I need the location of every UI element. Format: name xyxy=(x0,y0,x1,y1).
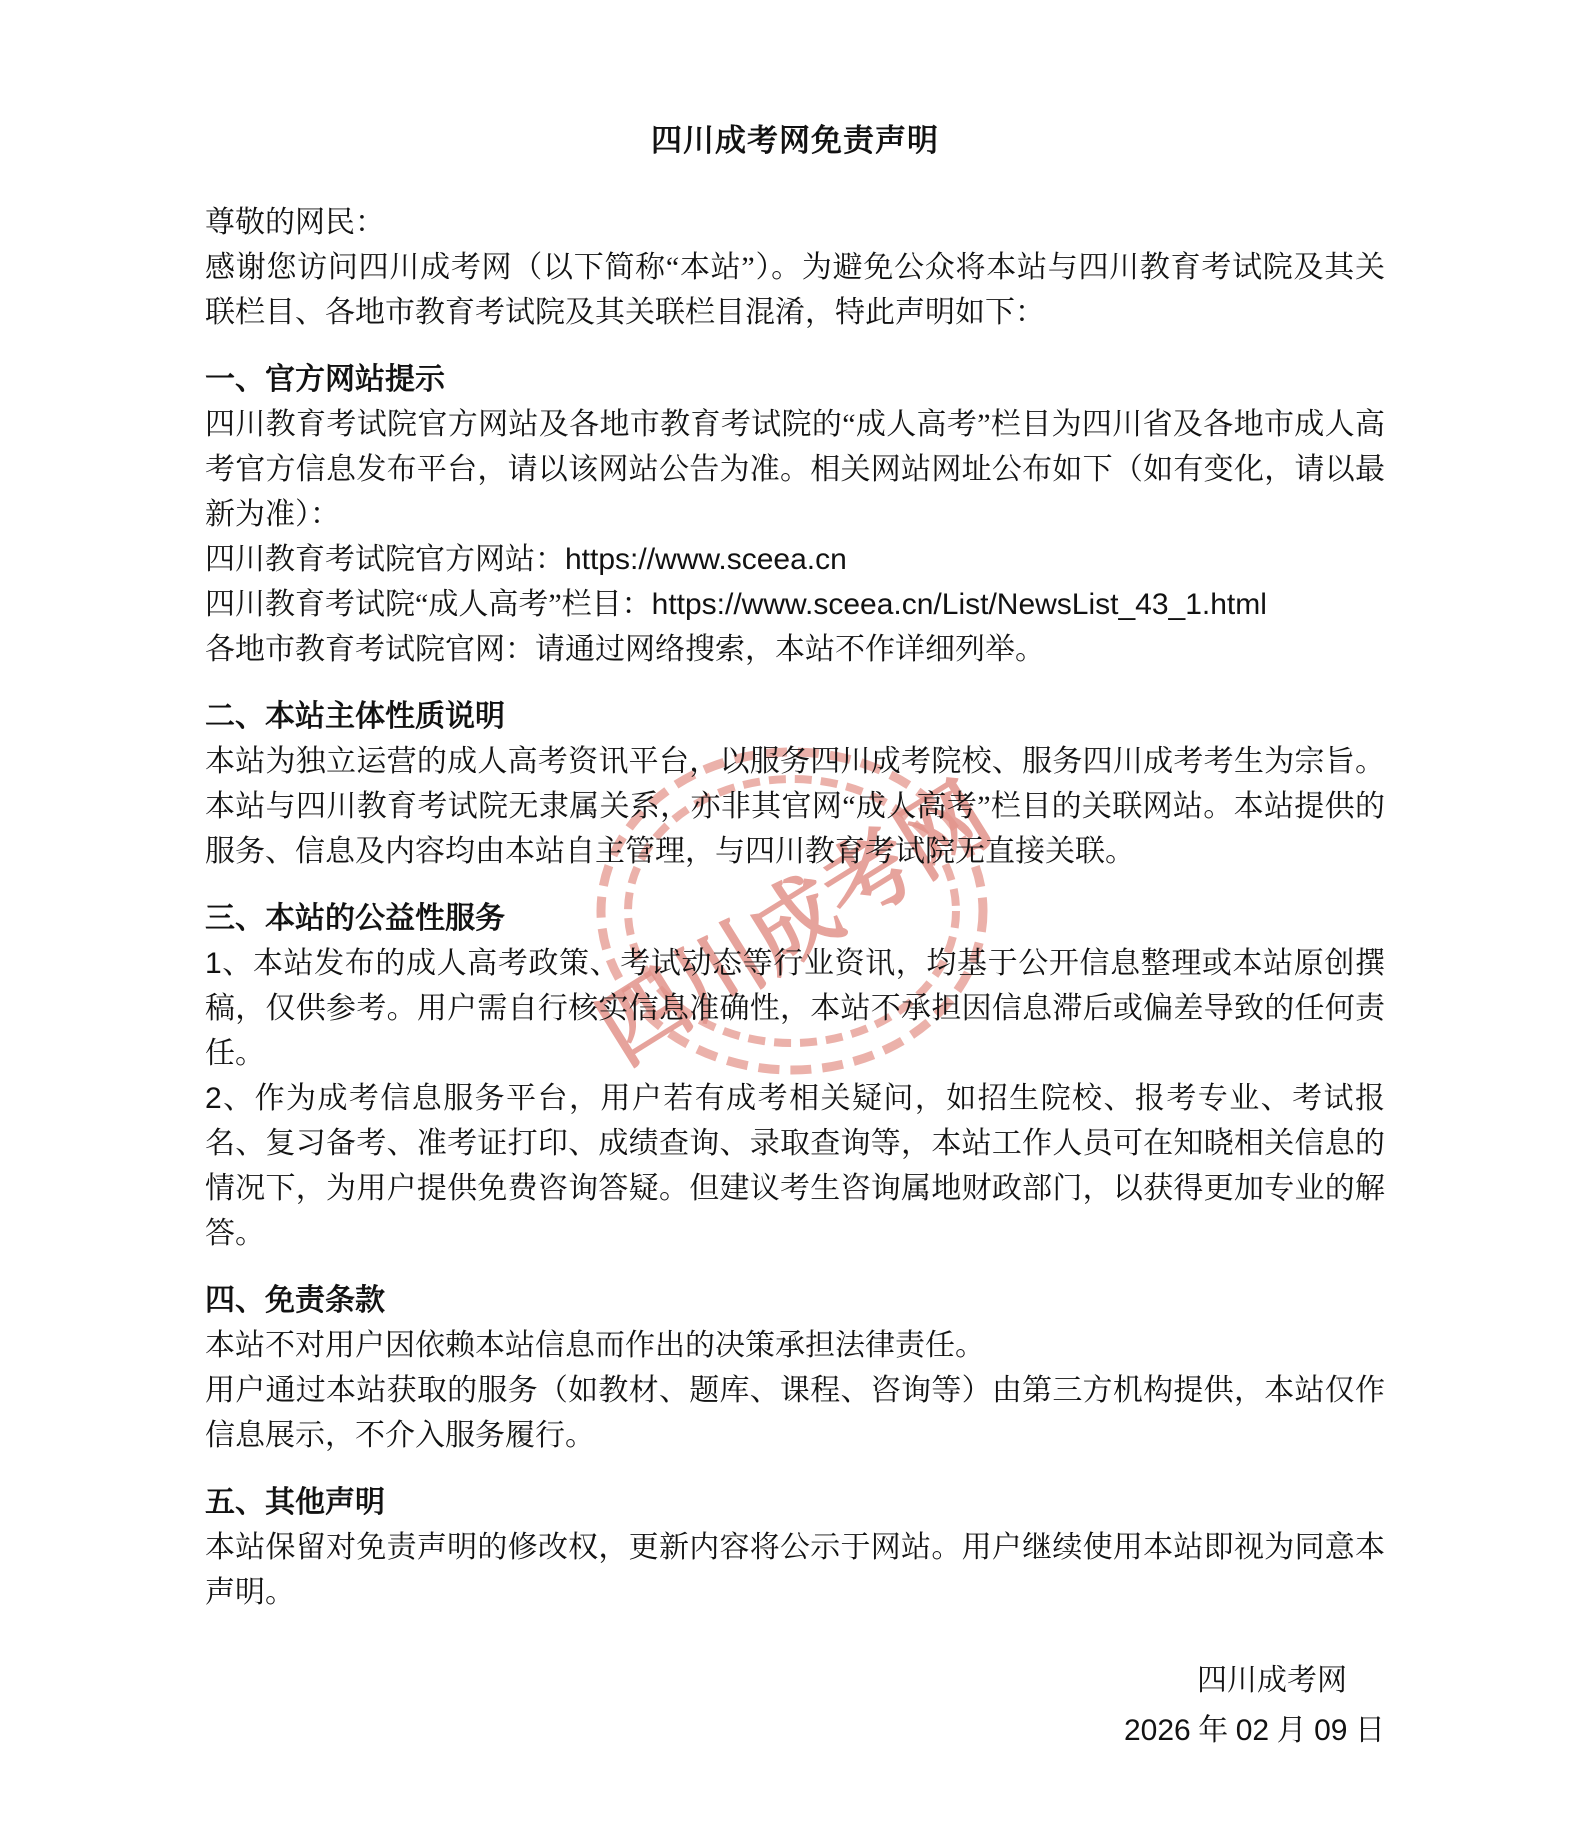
latin-run: 2026 xyxy=(1124,1714,1191,1747)
text-run: 、本站发布的成人高考政策、考试动态等行业资讯，均基于公开信息整理或本站原创撰稿，… xyxy=(205,947,1385,1070)
section-paragraph: 用户通过本站获取的服务（如教材、题库、课程、咨询等）由第三方机构提供，本站仅作信… xyxy=(205,1368,1385,1458)
section-paragraph: 本站为独立运营的成人高考资讯平台，以服务四川成考院校、服务四川成考考生为宗旨。本… xyxy=(205,739,1385,874)
section-paragraph: 1、本站发布的成人高考政策、考试动态等行业资讯，均基于公开信息整理或本站原创撰稿… xyxy=(205,941,1385,1076)
section-paragraph: 四川教育考试院官方网站及各地市教育考试院的“成人高考”栏目为四川省及各地市成人高… xyxy=(205,402,1385,537)
signature: 四川成考网 xyxy=(205,1658,1385,1703)
latin-run: https://www.sceea.cn xyxy=(565,543,847,576)
text-run: 日 xyxy=(1348,1714,1386,1747)
text-run: 四川教育考试院“成人高考”栏目： xyxy=(205,588,652,621)
section-2: 二、本站主体性质说明本站为独立运营的成人高考资讯平台，以服务四川成考院校、服务四… xyxy=(205,694,1385,874)
text-run: 、作为成考信息服务平台，用户若有成考相关疑问，如招生院校、报考专业、考试报名、复… xyxy=(205,1082,1385,1250)
latin-run: https://www.sceea.cn/List/NewsList_43_1.… xyxy=(652,588,1267,621)
text-run: 本站保留对免责声明的修改权，更新内容将公示于网站。用户继续使用本站即视为同意本声… xyxy=(205,1531,1385,1609)
latin-run: 09 xyxy=(1314,1714,1347,1747)
intro-paragraph: 感谢您访问四川成考网（以下简称“本站”）。为避免公众将本站与四川教育考试院及其关… xyxy=(205,245,1385,335)
signature-date: 2026 年 02 月 09 日 xyxy=(205,1708,1385,1753)
document-page: 四川成考网 四川成考网免责声明 尊敬的网民： 感谢您访问四川成考网（以下简称“本… xyxy=(0,0,1587,1844)
text-run: 四川教育考试院官方网站及各地市教育考试院的“成人高考”栏目为四川省及各地市成人高… xyxy=(205,408,1385,531)
salutation: 尊敬的网民： xyxy=(205,200,1385,245)
section-heading: 四、免责条款 xyxy=(205,1278,1385,1323)
text-run: 感谢您访问四川成考网（以下简称“本站”）。为避免公众将本站与四川教育考试院及其关… xyxy=(205,251,1385,329)
document-content: 四川成考网免责声明 尊敬的网民： 感谢您访问四川成考网（以下简称“本站”）。为避… xyxy=(0,0,1587,1753)
signature-block: 四川成考网 2026 年 02 月 09 日 xyxy=(205,1658,1385,1753)
section-1: 一、官方网站提示四川教育考试院官方网站及各地市教育考试院的“成人高考”栏目为四川… xyxy=(205,357,1385,672)
section-paragraph: 四川教育考试院“成人高考”栏目：https://www.sceea.cn/Lis… xyxy=(205,582,1385,627)
text-run: 月 xyxy=(1269,1714,1314,1747)
section-paragraph: 四川教育考试院官方网站：https://www.sceea.cn xyxy=(205,537,1385,582)
section-paragraph: 本站保留对免责声明的修改权，更新内容将公示于网站。用户继续使用本站即视为同意本声… xyxy=(205,1525,1385,1615)
latin-run: 02 xyxy=(1236,1714,1269,1747)
text-run: 本站不对用户因依赖本站信息而作出的决策承担法律责任。 xyxy=(205,1329,985,1362)
section-heading: 三、本站的公益性服务 xyxy=(205,896,1385,941)
text-run: 各地市教育考试院官网：请通过网络搜索，本站不作详细列举。 xyxy=(205,633,1045,666)
text-run: 用户通过本站获取的服务（如教材、题库、课程、咨询等）由第三方机构提供，本站仅作信… xyxy=(205,1374,1385,1452)
section-4: 四、免责条款本站不对用户因依赖本站信息而作出的决策承担法律责任。用户通过本站获取… xyxy=(205,1278,1385,1458)
section-paragraph: 本站不对用户因依赖本站信息而作出的决策承担法律责任。 xyxy=(205,1323,1385,1368)
section-5: 五、其他声明本站保留对免责声明的修改权，更新内容将公示于网站。用户继续使用本站即… xyxy=(205,1480,1385,1615)
section-paragraph: 2、作为成考信息服务平台，用户若有成考相关疑问，如招生院校、报考专业、考试报名、… xyxy=(205,1076,1385,1256)
section-heading: 二、本站主体性质说明 xyxy=(205,694,1385,739)
latin-run: 1 xyxy=(205,947,222,980)
text-run: 年 xyxy=(1191,1714,1236,1747)
section-paragraph: 各地市教育考试院官网：请通过网络搜索，本站不作详细列举。 xyxy=(205,627,1385,672)
text-run: 本站为独立运营的成人高考资讯平台，以服务四川成考院校、服务四川成考考生为宗旨。本… xyxy=(205,745,1385,868)
section-heading: 一、官方网站提示 xyxy=(205,357,1385,402)
text-run: 四川教育考试院官方网站： xyxy=(205,543,565,576)
latin-run: 2 xyxy=(205,1082,222,1115)
section-heading: 五、其他声明 xyxy=(205,1480,1385,1525)
section-3: 三、本站的公益性服务1、本站发布的成人高考政策、考试动态等行业资讯，均基于公开信… xyxy=(205,896,1385,1256)
sections: 一、官方网站提示四川教育考试院官方网站及各地市教育考试院的“成人高考”栏目为四川… xyxy=(205,357,1385,1615)
page-title: 四川成考网免责声明 xyxy=(205,118,1385,164)
